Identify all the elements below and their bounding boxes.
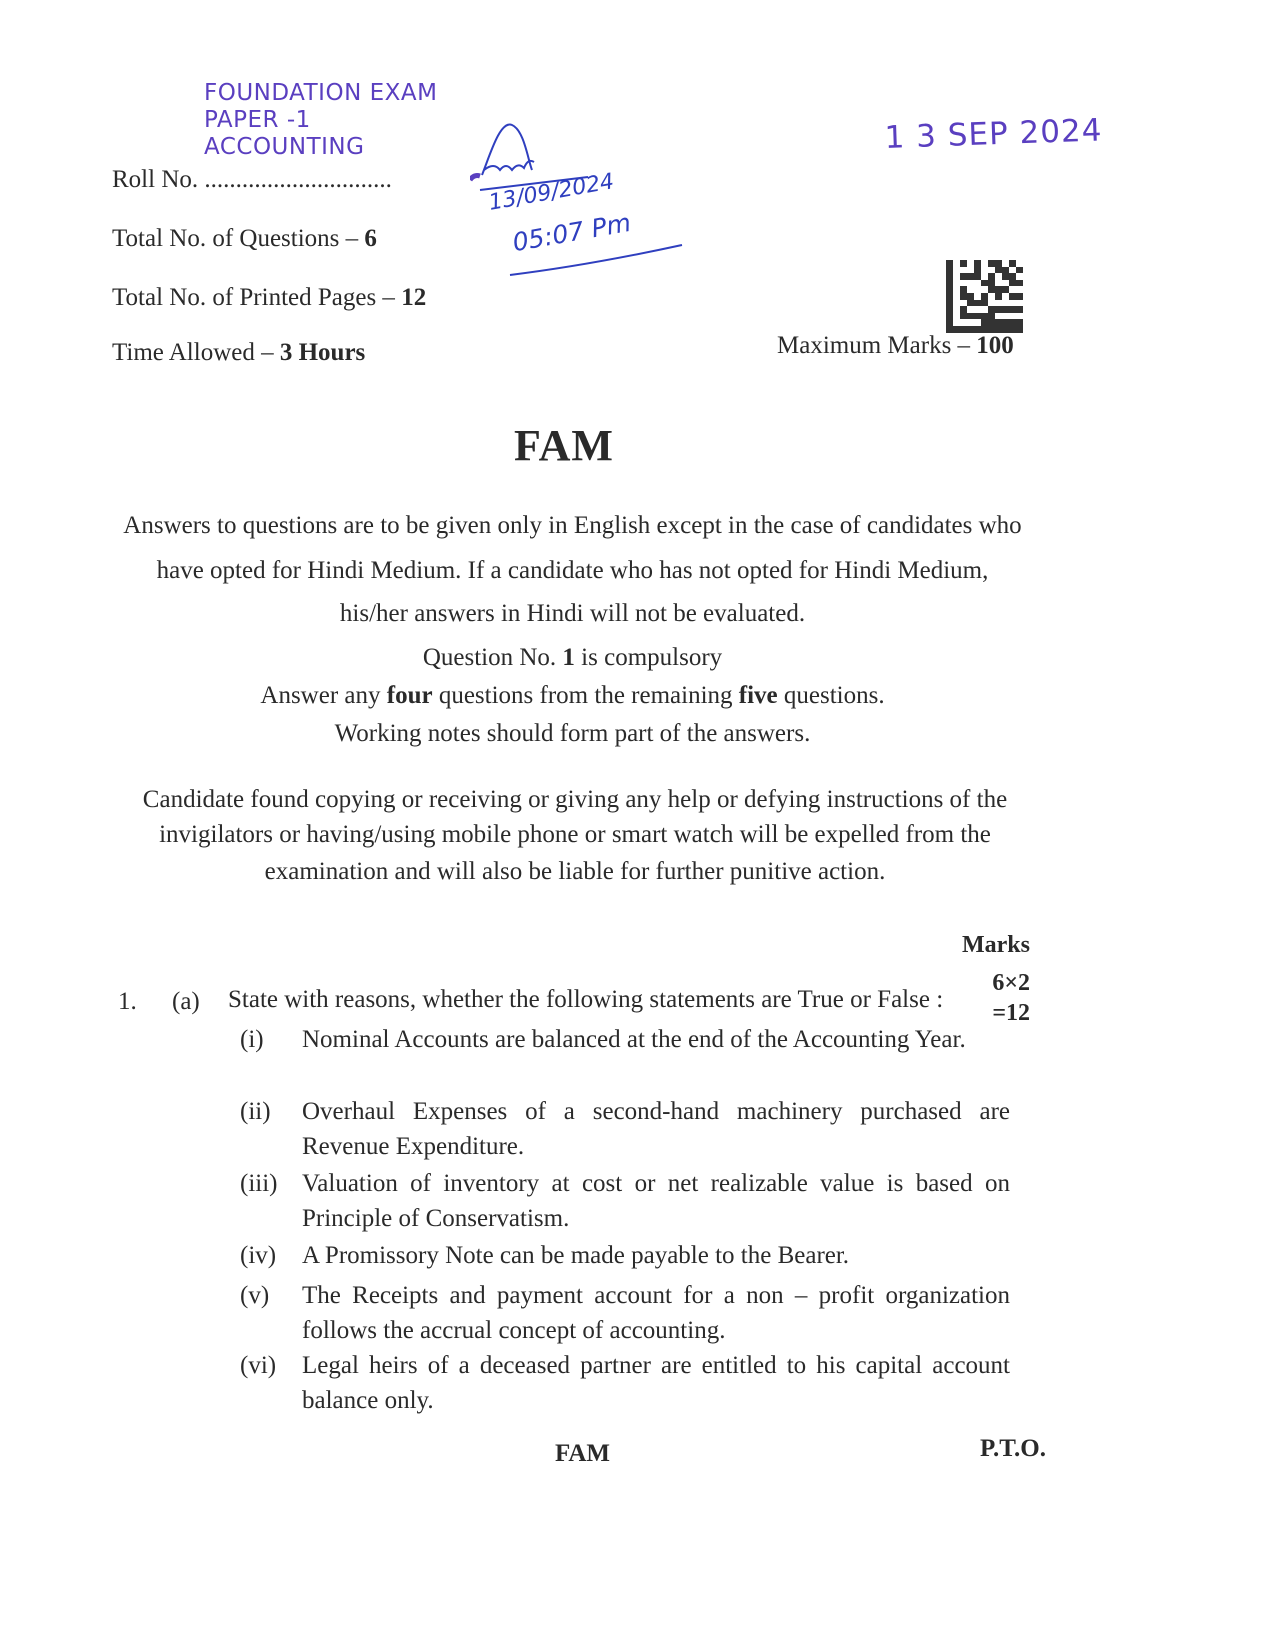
statement-item: (ii) Overhaul Expenses of a second-hand … — [240, 1094, 1010, 1164]
question-prompt: State with reasons, whether the followin… — [228, 982, 943, 1017]
marks-header: Marks — [930, 932, 1030, 959]
paper-title: FAM — [0, 420, 1128, 471]
roll-no-field: Roll No. .............................. — [112, 166, 392, 194]
statement-item: (iii) Valuation of inventory at cost or … — [240, 1166, 1010, 1236]
statement-item: (i) Nominal Accounts are balanced at the… — [240, 1022, 1010, 1057]
instruction-line: his/her answers in Hindi will not be eva… — [0, 600, 1145, 628]
statement-item: (vi) Legal heirs of a deceased partner a… — [240, 1348, 1010, 1418]
time-allowed: Time Allowed – 3 Hours — [112, 339, 365, 367]
statement-item: (v) The Receipts and payment account for… — [240, 1278, 1010, 1348]
printed-pages: Total No. of Printed Pages – 12 — [112, 284, 426, 312]
paper-stamp: FOUNDATION EXAM PAPER -1 ACCOUNTING — [204, 80, 437, 161]
warning-line: Candidate found copying or receiving or … — [0, 786, 1150, 814]
compulsory-note: Question No. 1 is compulsory — [0, 644, 1145, 672]
question-number: 1. — [118, 984, 137, 1019]
warning-line: invigilators or having/using mobile phon… — [0, 821, 1150, 849]
stamp-line: ACCOUNTING — [204, 134, 437, 161]
question-part: (a) — [172, 984, 200, 1019]
datamatrix-code-icon — [946, 260, 1023, 333]
statement-item: (iv) A Promissory Note can be made payab… — [240, 1238, 1010, 1273]
instruction-line: have opted for Hindi Medium. If a candid… — [0, 557, 1145, 585]
working-notes: Working notes should form part of the an… — [0, 720, 1145, 748]
maximum-marks: Maximum Marks – 100 — [777, 332, 1014, 360]
pto-label: P.T.O. — [980, 1435, 1046, 1463]
stamp-line: FOUNDATION EXAM — [204, 80, 437, 107]
date-stamp: 1 3 SEP 2024 — [884, 112, 1103, 156]
instruction-line: Answers to questions are to be given onl… — [0, 512, 1145, 540]
warning-line: examination and will also be liable for … — [0, 858, 1150, 886]
total-questions: Total No. of Questions – 6 — [112, 225, 377, 253]
stamp-line: PAPER -1 — [204, 107, 437, 134]
marks-allocation: 6×2 — [950, 970, 1030, 997]
answer-any-note: Answer any four questions from the remai… — [0, 682, 1145, 710]
